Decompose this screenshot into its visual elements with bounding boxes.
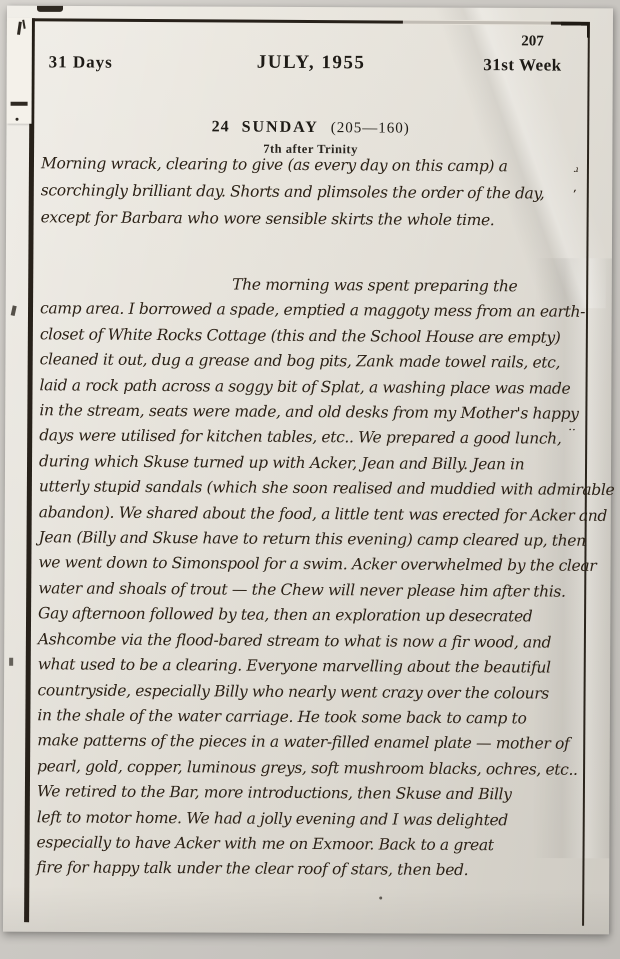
handwritten-line: days were utilised for kitchen tables, e… — [39, 424, 584, 453]
frame-top-right-corner — [561, 22, 590, 38]
tape-ink-mark — [11, 102, 28, 106]
handwritten-line: left to motor home. We had a jolly eveni… — [37, 805, 582, 834]
handwritten-line: make patterns of the pieces in a water-f… — [37, 729, 582, 758]
handwritten-line: Jean (Billy and Skuse have to return thi… — [38, 525, 583, 554]
handwritten-line: Ashcombe via the flood-bared stream to w… — [38, 627, 583, 656]
handwritten-line: pearl, gold, copper, luminous greys, sof… — [37, 754, 582, 783]
handwritten-line: fire for happy talk under the clear roof… — [36, 856, 581, 885]
day-number: 24 — [212, 118, 230, 135]
handwritten-line: Gay afternoon followed by tea, then an e… — [38, 602, 583, 631]
handwritten-intro-paragraph: Morning wrack, clearing to give (as ever… — [41, 150, 587, 235]
handwritten-line: in the stream, seats were made, and old … — [39, 398, 584, 427]
day-pages-ref: (205—160) — [331, 120, 410, 137]
day-name: SUNDAY — [242, 119, 319, 136]
left-edge-mark — [11, 305, 17, 316]
handwritten-line: Morning wrack, clearing to give (as ever… — [41, 150, 586, 181]
day-heading: 24 SUNDAY (205—160) — [34, 117, 587, 139]
stray-ink-mark: ·· — [568, 423, 576, 437]
scanned-diary-photo: { "scan": { "page_number": "207", "heade… — [0, 0, 620, 959]
top-edge-mark — [37, 6, 63, 12]
handwritten-line: in the shale of the water carriage. He t… — [37, 703, 582, 732]
handwritten-line: what used to be a clearing. Everyone mar… — [38, 652, 583, 681]
handwritten-line: especially to have Acker with me on Exmo… — [37, 830, 582, 859]
page-number: 207 — [521, 33, 544, 50]
handwritten-line: abandon). We shared about the food, a li… — [39, 500, 584, 529]
handwritten-line: cleaned it out, dug a grease and bog pit… — [40, 347, 585, 376]
photocopy-border-frame: 31 Days JULY, 1955 207 31st Week 24 SUND… — [24, 18, 590, 926]
tape-ink-mark — [16, 118, 19, 121]
stray-ink-mark: ʴ — [574, 163, 579, 181]
handwritten-line: closet of White Rocks Cottage (this and … — [40, 322, 585, 351]
handwritten-line: utterly stupid sandals (which she soon r… — [39, 475, 584, 504]
handwritten-line: we went down to Simonspool for a swim. A… — [38, 551, 583, 580]
handwritten-line: camp area. I borrowed a spade, emptied a… — [40, 297, 585, 326]
ink-dot — [379, 896, 382, 899]
handwritten-line: countryside, especially Billy who nearly… — [37, 678, 582, 707]
handwritten-line: water and shoals of trout — the Chew wil… — [38, 576, 583, 605]
frame-fade-gap — [403, 20, 551, 26]
handwritten-line: laid a rock path across a soggy bit of S… — [39, 373, 584, 402]
handwritten-line: during which Skuse turned up with Acker,… — [39, 449, 584, 478]
header-week-label: 31st Week — [483, 55, 561, 76]
handwritten-line: We retired to the Bar, more introduction… — [37, 779, 582, 808]
handwritten-main-entry: The morning was spent preparing the camp… — [36, 271, 585, 884]
handwritten-line: scorchingly brilliant day. Shorts and pl… — [41, 177, 586, 208]
handwritten-line: except for Barbara who wore sensible ski… — [41, 204, 586, 235]
left-edge-mark — [9, 658, 13, 666]
diary-page: 31 Days JULY, 1955 207 31st Week 24 SUND… — [3, 6, 613, 935]
handwritten-line: The morning was spent preparing the — [40, 271, 585, 300]
